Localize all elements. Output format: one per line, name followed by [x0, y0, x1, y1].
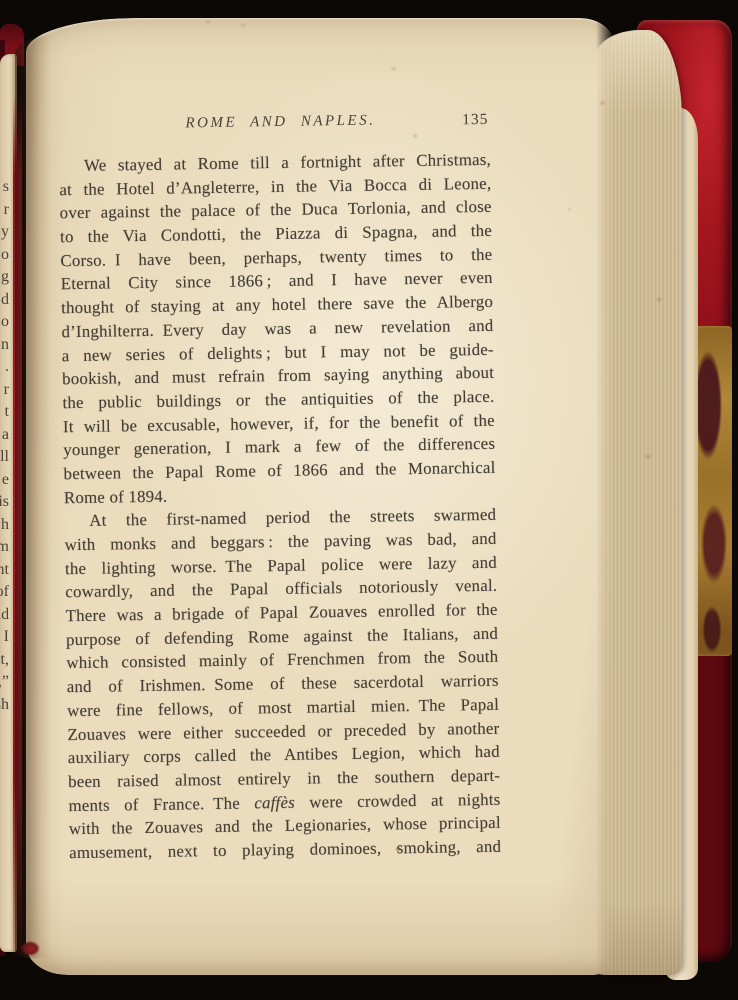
body-text: We stayed at Rome till a fortnight after…	[59, 148, 501, 865]
facing-text-fragment: d	[0, 289, 9, 312]
foxing-spot	[396, 847, 400, 851]
running-header: ROME AND NAPLES.	[185, 113, 375, 133]
facing-text-fragment: I	[0, 626, 9, 649]
foxing-spot	[304, 519, 307, 522]
page-number: 135	[462, 111, 489, 129]
text-line: amusement, next to playing dominoes, smo…	[69, 835, 501, 865]
facing-text-fragment: sh	[0, 694, 9, 717]
facing-text-fragment: h	[0, 514, 9, 537]
foxing-spot	[645, 454, 651, 459]
facing-text-fragment: o	[0, 244, 9, 267]
facing-text-fragment: y	[0, 221, 9, 244]
facing-text-fragment: ll	[0, 446, 9, 469]
facing-text-fragment: is	[0, 491, 9, 514]
foxing-spot	[206, 20, 210, 23]
book-photo: sryogdon.rtalleishmntofadIt,,”sh ROME AN…	[0, 0, 738, 1000]
facing-text-fragment: r	[0, 199, 9, 222]
facing-text-fragment: t,	[0, 649, 9, 672]
gutter-shadow	[15, 36, 51, 958]
facing-text-fragment: ad	[0, 604, 9, 627]
page-text: ROME AND NAPLES. 135 We stayed at Rome t…	[58, 111, 501, 887]
facing-text-fragment: m	[0, 536, 9, 559]
foxing-spot	[600, 101, 605, 105]
facing-text-fragment: a	[0, 424, 9, 447]
facing-text-fragment: o	[0, 311, 9, 334]
facing-text-fragment: g	[0, 266, 9, 289]
facing-text-fragment: t	[0, 401, 9, 424]
foxing-spot	[242, 24, 245, 27]
foxing-spot	[657, 298, 661, 301]
facing-page-fragments: sryogdon.rtalleishmntofadIt,,”sh	[0, 176, 9, 716]
facing-text-fragment: e	[0, 469, 9, 492]
facing-text-fragment: r	[0, 379, 9, 402]
facing-text-fragment: n	[0, 334, 9, 357]
foxing-spot	[413, 134, 417, 138]
foxing-spot	[568, 208, 571, 211]
foxing-spot	[391, 67, 396, 71]
facing-text-fragment: of	[0, 581, 9, 604]
facing-text-fragment: ,”	[0, 671, 9, 694]
facing-text-fragment: .	[0, 356, 9, 379]
facing-text-fragment: s	[0, 176, 9, 199]
gilt-marbled-patch	[692, 326, 732, 656]
facing-text-fragment: nt	[0, 559, 9, 582]
